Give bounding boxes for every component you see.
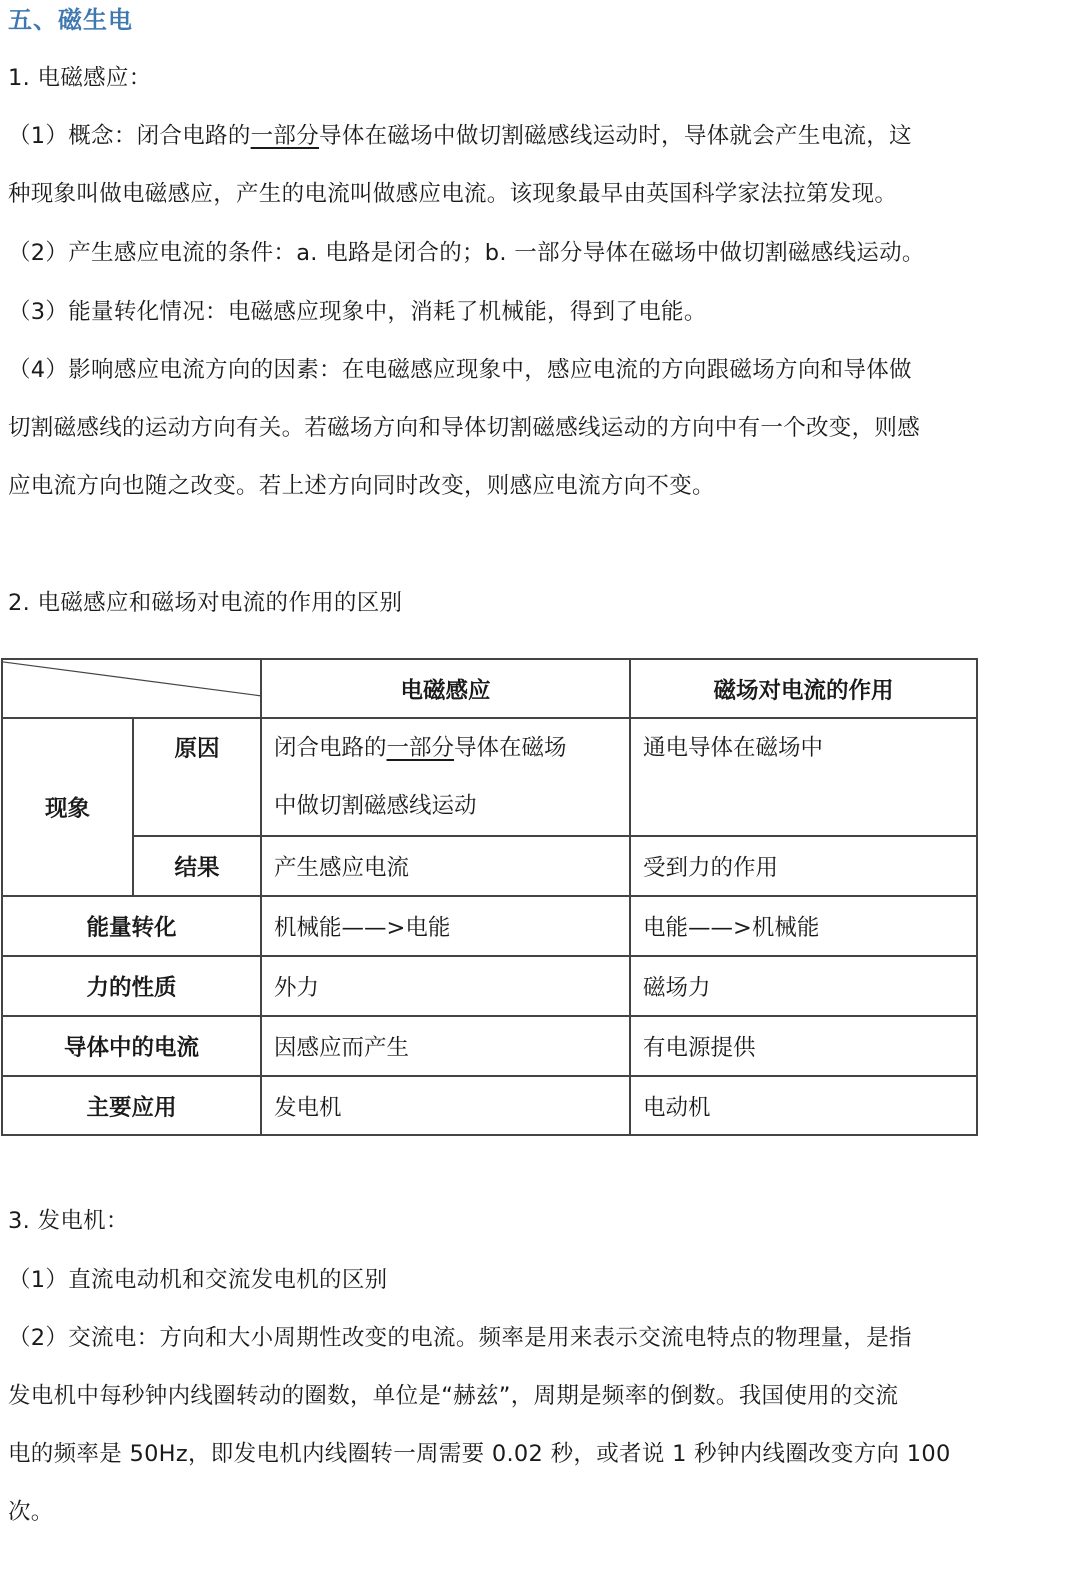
paragraph-concept-line2: 种现象叫做电磁感应，产生的电流叫做感应电流。该现象最早由英国科学家法拉第发现。 bbox=[8, 176, 897, 212]
table-row: 现象 原因 闭合电路的一部分导体在磁场中做切割磁感线运动 通电导体在磁场中 bbox=[2, 718, 977, 836]
text: 闭合电路的 bbox=[274, 735, 387, 761]
paragraph-conditions: （2）产生感应电流的条件：a. 电路是闭合的；b. 一部分导体在磁场中做切割磁感… bbox=[8, 235, 925, 271]
paragraph-ac-line3: 电的频率是 50Hz，即发电机内线圈转一周需要 0.02 秒，或者说 1 秒钟内… bbox=[8, 1436, 951, 1472]
paragraph-ac-line4: 次。 bbox=[8, 1494, 54, 1530]
heading-comparison: 2. 电磁感应和磁场对电流的作用的区别 bbox=[8, 585, 402, 621]
paragraph-ac-line2: 发电机中每秒钟内线圈转动的圈数，单位是“赫兹”，周期是频率的倒数。我国使用的交流 bbox=[8, 1378, 898, 1414]
table-header-row: 电磁感应 磁场对电流的作用 bbox=[2, 659, 977, 718]
row-label: 原因 bbox=[133, 718, 261, 836]
heading-electromagnetic-induction: 1. 电磁感应： bbox=[8, 60, 152, 96]
col-header-induction: 电磁感应 bbox=[261, 659, 630, 718]
table-cell: 磁场力 bbox=[630, 956, 977, 1016]
underlined-text: 一部分 bbox=[387, 735, 455, 761]
table-cell: 因感应而产生 bbox=[261, 1016, 630, 1076]
comparison-table: 电磁感应 磁场对电流的作用 现象 原因 闭合电路的一部分导体在磁场中做切割磁感线… bbox=[1, 658, 978, 1136]
col-header-force-on-current: 磁场对电流的作用 bbox=[630, 659, 977, 718]
paragraph-dc-ac: （1）直流电动机和交流发电机的区别 bbox=[8, 1262, 387, 1298]
text: （1）概念：闭合电路的 bbox=[8, 123, 251, 149]
paragraph-ac-line1: （2）交流电：方向和大小周期性改变的电流。频率是用来表示交流电特点的物理量，是指 bbox=[8, 1320, 912, 1356]
table-cell: 有电源提供 bbox=[630, 1016, 977, 1076]
row-label: 导体中的电流 bbox=[2, 1016, 261, 1076]
table-cell: 机械能——>电能 bbox=[261, 896, 630, 956]
table-cell: 通电导体在磁场中 bbox=[630, 718, 977, 836]
row-label: 力的性质 bbox=[2, 956, 261, 1016]
text: 导体在磁场中做切割磁感线运动时，导体就会产生电流，这 bbox=[319, 123, 912, 149]
table-row: 主要应用 发电机 电动机 bbox=[2, 1076, 977, 1135]
table-cell: 电能——>机械能 bbox=[630, 896, 977, 956]
table-cell: 闭合电路的一部分导体在磁场中做切割磁感线运动 bbox=[261, 718, 630, 836]
paragraph-direction-line1: （4）影响感应电流方向的因素：在电磁感应现象中，感应电流的方向跟磁场方向和导体做 bbox=[8, 352, 912, 388]
paragraph-direction-line3: 应电流方向也随之改变。若上述方向同时改变，则感应电流方向不变。 bbox=[8, 468, 715, 504]
row-group-label: 现象 bbox=[2, 718, 133, 896]
table-row: 导体中的电流 因感应而产生 有电源提供 bbox=[2, 1016, 977, 1076]
row-label: 能量转化 bbox=[2, 896, 261, 956]
paragraph-concept: （1）概念：闭合电路的一部分导体在磁场中做切割磁感线运动时，导体就会产生电流，这 bbox=[8, 118, 912, 154]
diagonal-corner-cell bbox=[2, 659, 261, 718]
table-row: 结果 产生感应电流 受到力的作用 bbox=[2, 836, 977, 896]
section-title: 五、磁生电 bbox=[8, 2, 133, 38]
table-cell: 受到力的作用 bbox=[630, 836, 977, 896]
paragraph-direction-line2: 切割磁感线的运动方向有关。若磁场方向和导体切割磁感线运动的方向中有一个改变，则感 bbox=[8, 410, 920, 446]
table-cell: 发电机 bbox=[261, 1076, 630, 1135]
table-cell: 外力 bbox=[261, 956, 630, 1016]
diagonal-line-icon bbox=[3, 660, 260, 717]
paragraph-energy: （3）能量转化情况：电磁感应现象中，消耗了机械能，得到了电能。 bbox=[8, 294, 707, 330]
row-label: 结果 bbox=[133, 836, 261, 896]
row-label: 主要应用 bbox=[2, 1076, 261, 1135]
table-row: 能量转化 机械能——>电能 电能——>机械能 bbox=[2, 896, 977, 956]
table-cell: 电动机 bbox=[630, 1076, 977, 1135]
heading-generator: 3. 发电机： bbox=[8, 1203, 129, 1239]
underlined-text: 一部分 bbox=[251, 123, 319, 149]
table-row: 力的性质 外力 磁场力 bbox=[2, 956, 977, 1016]
text: 中做切割磁感线运动 bbox=[274, 793, 477, 819]
table-cell: 产生感应电流 bbox=[261, 836, 630, 896]
text: 导体在磁场 bbox=[454, 735, 567, 761]
